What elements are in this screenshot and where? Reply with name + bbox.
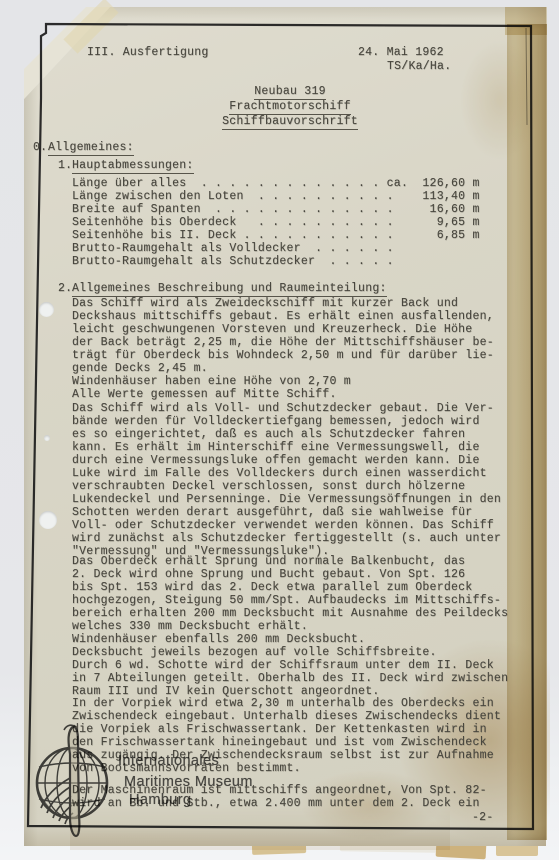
title-line-1: Neubau 319 [90,85,490,100]
measurements-list: Länge über alles . . . . . . . . . . . .… [72,177,480,268]
punch-hole [39,511,57,529]
paragraph-3: Das Oberdeck erhält Sprung und normale B… [72,555,508,698]
globe-ship-logo-icon [18,720,130,846]
title-line-3: Schiffbauvorschrift [90,115,490,130]
section-1-number: 1. [58,159,72,172]
scanned-document-page: III. Ausfertigung 24. Mai 1962 TS/Ka/Ha.… [0,0,559,860]
page-number: -2- [472,811,493,824]
title-line-2: Frachtmotorschiff [90,100,490,115]
watermark-line-2: Maritimes Museum [124,774,253,790]
document-date: 24. Mai 1962 [358,46,444,59]
section-0-heading: Allgemeines: [48,141,134,156]
section-0-number: 0. [33,141,47,154]
tape-strip-right [507,24,547,840]
copy-number: III. Ausfertigung [87,46,209,59]
section-2-heading: Allgemeines Beschreibung und Raumeinteil… [72,282,387,297]
punch-hole [39,302,54,317]
watermark-line-1: Internationales [118,753,219,769]
typist-reference: TS/Ka/Ha. [387,60,451,73]
punch-hole [44,435,50,441]
section-2-number: 2. [58,282,72,295]
section-1-heading: Hauptabmessungen: [72,159,194,174]
watermark-line-3: Hamburg [129,792,191,808]
paragraph-2: Das Schiff wird als Voll- und Schutzdeck… [72,402,501,558]
tape-top-right [505,7,547,35]
paragraph-1: Das Schiff wird als Zweideckschiff mit k… [72,297,494,401]
